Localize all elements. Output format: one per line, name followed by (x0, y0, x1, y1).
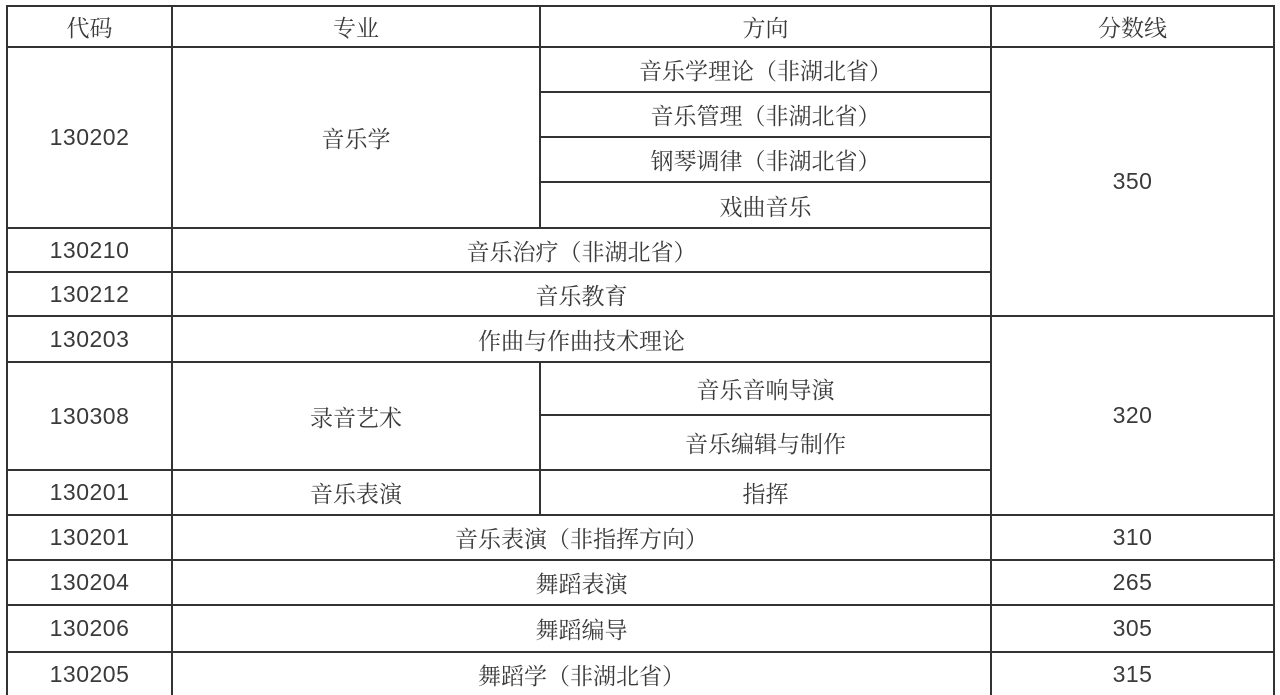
cell-major-wudao-biandao: 舞蹈编导 (172, 605, 991, 652)
cell-major-yinyue-biaoyan: 音乐表演 (172, 470, 540, 515)
header-score: 分数线 (991, 6, 1274, 47)
cell-code-130308: 130308 (7, 362, 172, 470)
cell-score-305: 305 (991, 605, 1274, 652)
cell-major-luyin-yishu: 录音艺术 (172, 362, 540, 470)
table-row: 130202 音乐学 音乐学理论（非湖北省） 350 (7, 47, 1274, 92)
cell-code-130203: 130203 (7, 316, 172, 362)
table-row: 130201 音乐表演（非指挥方向） 310 (7, 515, 1274, 560)
cell-score-265: 265 (991, 560, 1274, 605)
cell-code-130201-feizhihui: 130201 (7, 515, 172, 560)
cell-direction-bianji-zhizuo: 音乐编辑与制作 (540, 415, 991, 470)
header-direction: 方向 (540, 6, 991, 47)
cell-code-130206: 130206 (7, 605, 172, 652)
cell-direction-gangqin-tiaolv: 钢琴调律（非湖北省） (540, 137, 991, 182)
cell-code-130201-zhihui: 130201 (7, 470, 172, 515)
cell-direction-zhihui: 指挥 (540, 470, 991, 515)
cell-score-350: 350 (991, 47, 1274, 316)
cell-code-130204: 130204 (7, 560, 172, 605)
page: 代码 专业 方向 分数线 130202 音乐学 音乐学理论（非湖北省） 350 … (0, 0, 1280, 695)
cell-major-wudao-biaoyan: 舞蹈表演 (172, 560, 991, 605)
header-major: 专业 (172, 6, 540, 47)
cell-major-biaoyan-feizhihui: 音乐表演（非指挥方向） (172, 515, 991, 560)
table-row: 130204 舞蹈表演 265 (7, 560, 1274, 605)
cell-score-320: 320 (991, 316, 1274, 515)
cell-major-yinyuexue: 音乐学 (172, 47, 540, 228)
table-row: 130203 作曲与作曲技术理论 320 (7, 316, 1274, 362)
cell-direction-xiqu-yinyue: 戏曲音乐 (540, 182, 991, 228)
cell-major-zuoqu: 作曲与作曲技术理论 (172, 316, 991, 362)
cell-code-130205: 130205 (7, 652, 172, 695)
admission-score-table: 代码 专业 方向 分数线 130202 音乐学 音乐学理论（非湖北省） 350 … (6, 5, 1275, 695)
cell-major-yinyue-jiaoyu: 音乐教育 (172, 272, 991, 316)
cell-direction-yinyuexue-lilun: 音乐学理论（非湖北省） (540, 47, 991, 92)
table-row: 130205 舞蹈学（非湖北省） 315 (7, 652, 1274, 695)
cell-direction-yinyue-guanli: 音乐管理（非湖北省） (540, 92, 991, 137)
header-row: 代码 专业 方向 分数线 (7, 6, 1274, 47)
cell-code-130210: 130210 (7, 228, 172, 272)
table-row: 130206 舞蹈编导 305 (7, 605, 1274, 652)
cell-code-130212: 130212 (7, 272, 172, 316)
cell-score-315: 315 (991, 652, 1274, 695)
cell-direction-yinxiang-daoyan: 音乐音响导演 (540, 362, 991, 415)
cell-major-wudaoxue: 舞蹈学（非湖北省） (172, 652, 991, 695)
cell-major-yinyue-zhiliao: 音乐治疗（非湖北省） (172, 228, 991, 272)
header-code: 代码 (7, 6, 172, 47)
cell-score-310: 310 (991, 515, 1274, 560)
cell-code-130202: 130202 (7, 47, 172, 228)
